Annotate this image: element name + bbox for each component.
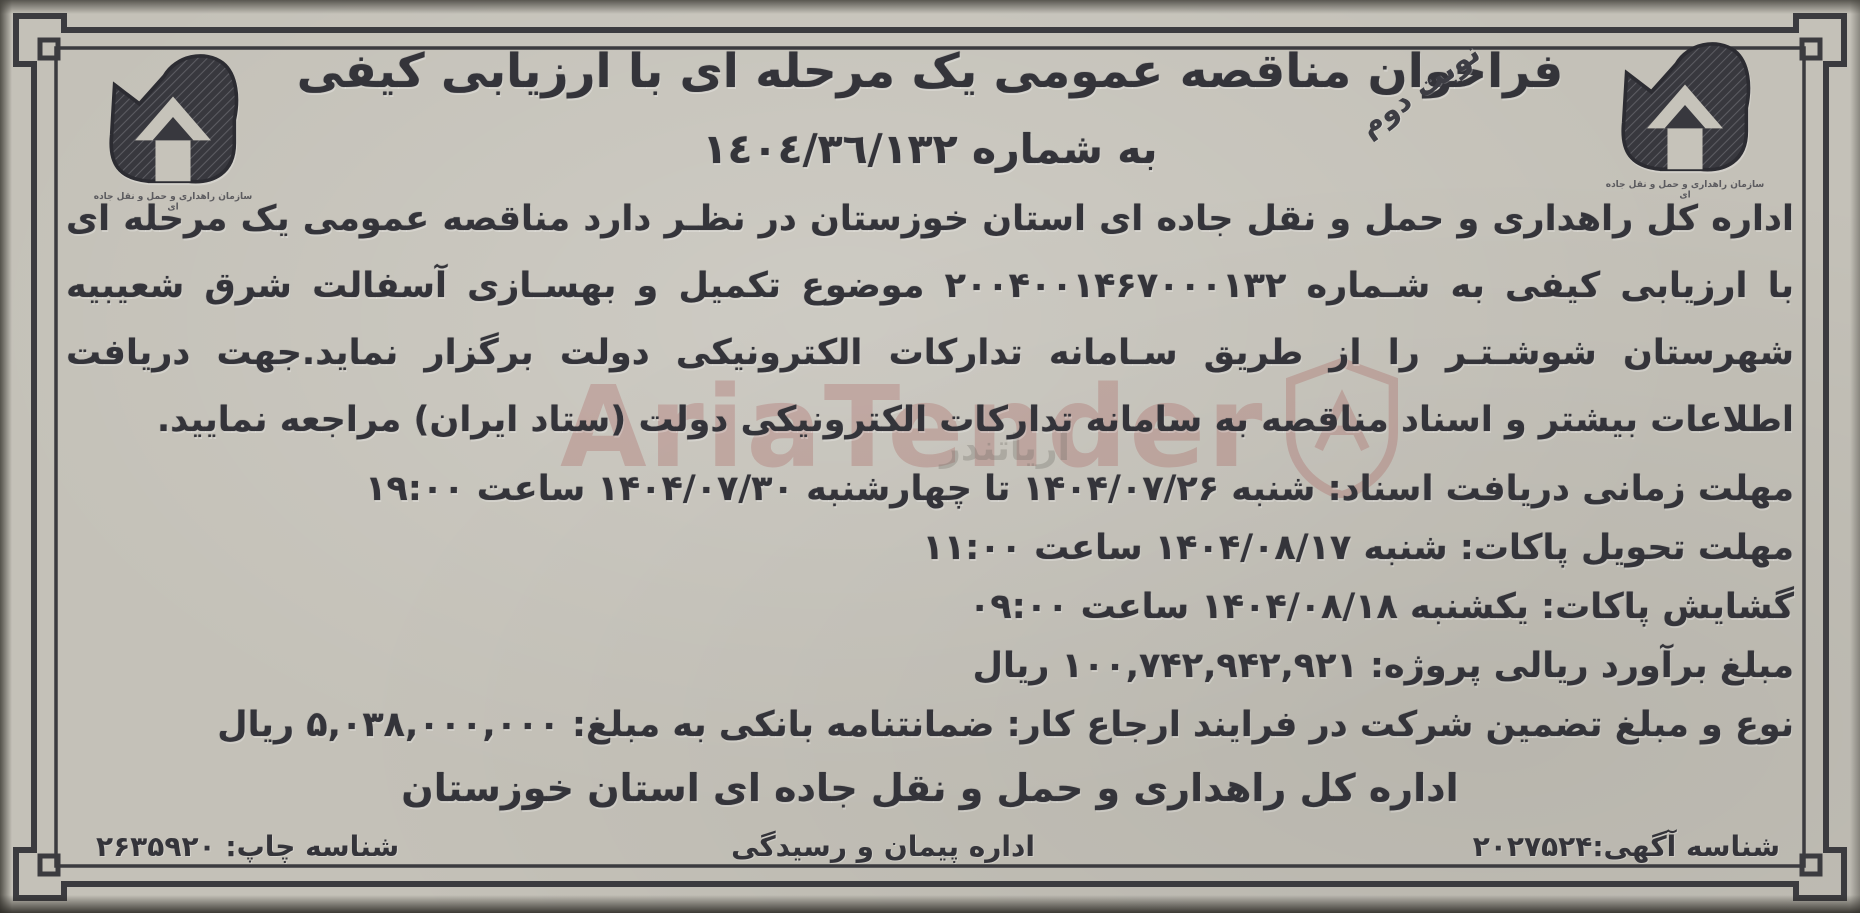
ad-header: فراخوان مناقصه عمومی یک مرحله ای با ارزی…: [0, 44, 1860, 173]
guarantee-amount-line: نوع و مبلغ تضمین شرکت در فرایند ارجاع کا…: [66, 696, 1794, 755]
estimate-amount-line: مبلغ برآورد ریالی پروژه: ۱۰۰,۷۴۲,۹۴۲,۹۲۱…: [66, 637, 1794, 696]
newspaper-tender-ad: AriaTender آریاتندر سازمان راهداری و حمل…: [0, 0, 1860, 913]
ad-body: اداره کل راهداری و حمل و نقل جاده ای است…: [66, 186, 1794, 755]
deadline-documents-line: مهلت زمانی دریافت اسناد: شنبه ۱۴۰۴/۰۷/۲۶…: [66, 460, 1794, 519]
ad-number: به شماره ١٤٠٤/٣٦/١٣٢: [0, 125, 1860, 173]
footer-organization: اداره کل راهداری و حمل و نقل جاده ای است…: [0, 766, 1860, 810]
ad-paragraph: اداره کل راهداری و حمل و نقل جاده ای است…: [66, 186, 1794, 454]
ad-detail-list: مهلت زمانی دریافت اسناد: شنبه ۱۴۰۴/۰۷/۲۶…: [66, 460, 1794, 755]
footer-department: اداره پیمان و رسیدگی: [96, 830, 1670, 863]
deadline-envelopes-line: مهلت تحویل پاکات: شنبه ۱۴۰۴/۰۸/۱۷ ساعت ۱…: [66, 519, 1794, 578]
footer-ids-row: شناسه آگهی:۲۰۲۷۵۲۴ اداره پیمان و رسیدگی …: [96, 830, 1780, 863]
opening-envelopes-line: گشایش پاکات: یکشنبه ۱۴۰۴/۰۸/۱۸ ساعت ۰۹:۰…: [66, 578, 1794, 637]
ad-title: فراخوان مناقصه عمومی یک مرحله ای با ارزی…: [0, 44, 1860, 99]
